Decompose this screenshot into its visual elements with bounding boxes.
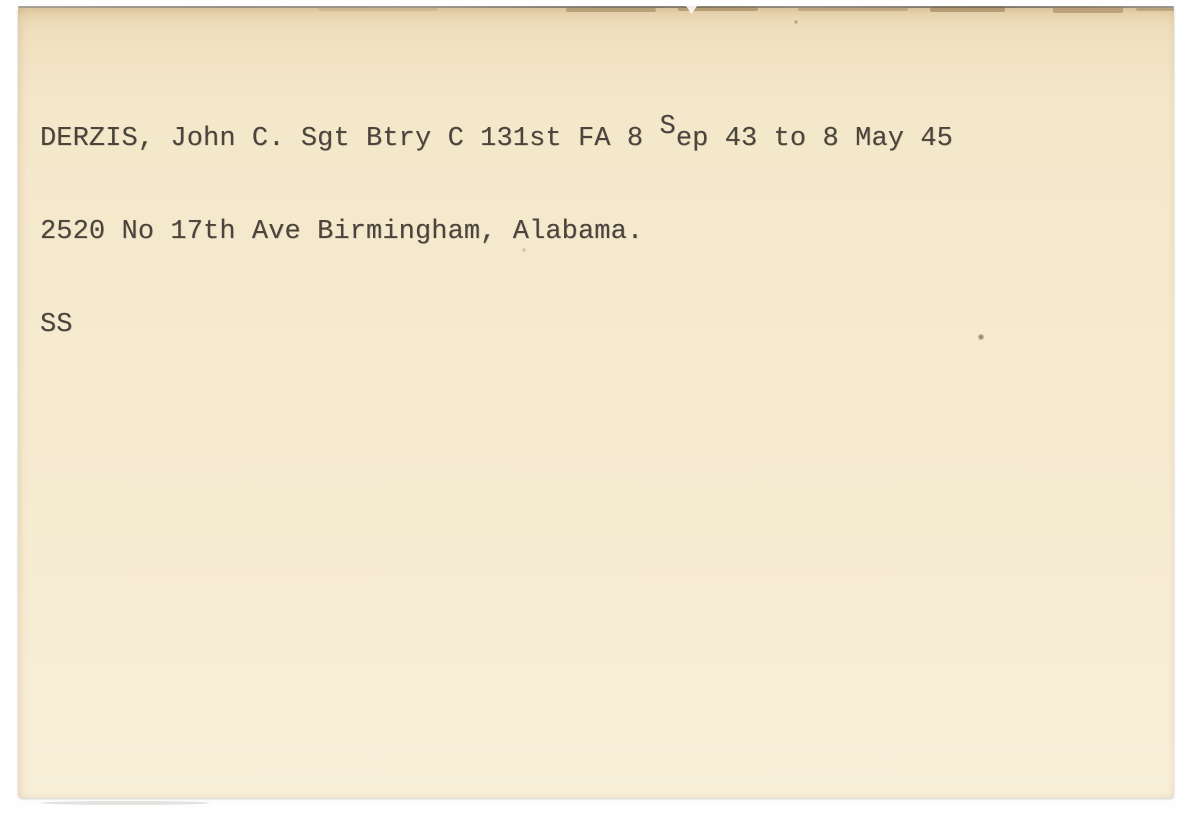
scanner-background: DERZIS, John C. Sgt Btry C 131st FA 8 Se… bbox=[0, 0, 1180, 818]
raised-typo-letter: S bbox=[660, 112, 676, 143]
torn-edge-mark bbox=[798, 8, 908, 11]
scanner-shadow-smudge bbox=[40, 801, 210, 805]
torn-edge-mark bbox=[1136, 8, 1174, 11]
card-top-edge-shadow bbox=[18, 6, 1174, 8]
service-record-text: DERZIS, John C. Sgt Btry C 131st FA 8 bbox=[40, 124, 660, 154]
index-card: DERZIS, John C. Sgt Btry C 131st FA 8 Se… bbox=[18, 7, 1174, 798]
torn-edge-mark bbox=[566, 8, 656, 12]
torn-edge-mark bbox=[318, 8, 438, 11]
service-dates-text: ep 43 to 8 May 45 bbox=[676, 124, 953, 154]
edge-speck bbox=[794, 20, 798, 24]
ink-speck bbox=[978, 334, 984, 340]
service-record-line: DERZIS, John C. Sgt Btry C 131st FA 8 Se… bbox=[40, 124, 953, 155]
annotation-line: SS bbox=[40, 310, 953, 341]
address-line: 2520 No 17th Ave Birmingham, Alabama. bbox=[40, 217, 953, 248]
typewritten-text-block: DERZIS, John C. Sgt Btry C 131st FA 8 Se… bbox=[40, 62, 953, 403]
edge-tear-notch bbox=[686, 6, 697, 14]
